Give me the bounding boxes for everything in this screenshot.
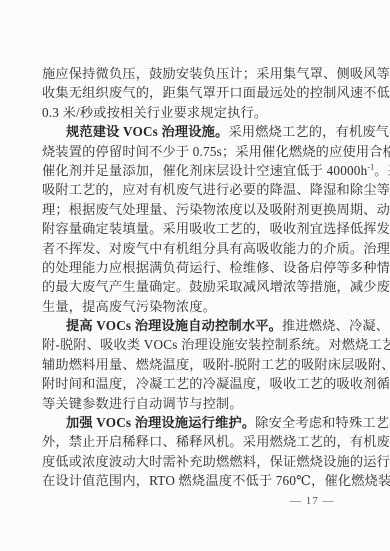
text-line: 吸附工艺的，应对有机废气进行必要的降温、降湿和除尘等预处 bbox=[42, 180, 337, 199]
text-segment: 理；根据废气处理量、污染物浓度以及吸附剂更换周期、动态吸 bbox=[42, 202, 390, 217]
text-line: 收集无组织废气的，距集气罩开口面最远处的控制风速不低于 bbox=[42, 83, 337, 102]
page-number: — 17 — bbox=[290, 495, 335, 507]
text-segment: 。采用 bbox=[374, 163, 390, 178]
text-segment: 附容量确定装填量。采用吸收工艺的，吸收剂宜选择低挥发性或 bbox=[42, 221, 390, 236]
text-segment: 除安全考虑和特殊工艺要求 bbox=[255, 415, 390, 430]
text-line: 附-脱附、吸收类 VOCs 治理设施安装控制系统。对燃烧工艺的 bbox=[42, 335, 337, 354]
text-line: 施应保持微负压，鼓励安装负压计；采用集气罩、侧吸风等方式 bbox=[42, 64, 337, 83]
text-segment: 推进燃烧、冷凝、吸 bbox=[282, 318, 390, 333]
text-segment: 附-脱附、吸收类 VOCs 治理设施安装控制系统。对燃烧工艺的 bbox=[42, 337, 390, 352]
text-segment: 收集无组织废气的，距集气罩开口面最远处的控制风速不低于 bbox=[42, 85, 390, 100]
text-line: 催化剂并足量添加，催化剂床层设计空速宜低于 40000h-1。采用 bbox=[42, 161, 337, 180]
text-segment: 在设计值范围内，RTO 燃烧温度不低于 760℃，催化燃烧装置燃 bbox=[42, 473, 390, 488]
text-segment: 外，禁止开启稀释口、稀释风机。采用燃烧工艺的，有机废气浓 bbox=[42, 434, 390, 449]
paragraph-heading: 提高 VOCs 治理设施自动控制水平。 bbox=[66, 318, 282, 333]
document-page: 施应保持微负压，鼓励安装负压计；采用集气罩、侧吸风等方式收集无组织废气的，距集气… bbox=[0, 0, 390, 551]
text-segment: 采用燃烧工艺的，有机废气在燃 bbox=[228, 124, 390, 139]
text-line: 的最大废气产生量确定。鼓励采取减风增浓等措施，减少废气产 bbox=[42, 277, 337, 296]
text-line: 度低或浓度波动大时需补充助燃燃料，保证燃烧设施的运行温度 bbox=[42, 452, 337, 471]
text-segment: 催化剂并足量添加，催化剂床层设计空速宜低于 40000h bbox=[42, 163, 367, 178]
text-line: 附时间和温度，冷凝工艺的冷凝温度，吸收工艺的吸收剂循环量 bbox=[42, 374, 337, 393]
text-line: 辅助燃料用量、燃烧温度，吸附-脱附工艺的吸附床层吸附、脱 bbox=[42, 355, 337, 374]
text-line: 等关键参数进行自动调节与控制。 bbox=[42, 394, 337, 413]
text-segment: 施应保持微负压，鼓励安装负压计；采用集气罩、侧吸风等方式 bbox=[42, 66, 390, 81]
text-line: 提高 VOCs 治理设施自动控制水平。推进燃烧、冷凝、吸 bbox=[42, 316, 337, 335]
text-segment: 者不挥发、对废气中有机组分具有高吸收能力的介质。治理设施 bbox=[42, 241, 390, 256]
text-segment: 0.3 米/秒或按相关行业要求规定执行。 bbox=[42, 105, 267, 120]
text-segment: 烧装置的停留时间不少于 0.75s；采用催化燃烧的应使用合格的 bbox=[42, 144, 390, 159]
page-body-text: 施应保持微负压，鼓励安装负压计；采用集气罩、侧吸风等方式收集无组织废气的，距集气… bbox=[42, 64, 337, 491]
text-line: 外，禁止开启稀释口、稀释风机。采用燃烧工艺的，有机废气浓 bbox=[42, 432, 337, 451]
text-segment: 等关键参数进行自动调节与控制。 bbox=[42, 396, 243, 411]
text-line: 生量，提高废气污染物浓度。 bbox=[42, 297, 337, 316]
text-segment: 的处理能力应根据满负荷运行、检维修、设备启停等多种情况下 bbox=[42, 260, 390, 275]
text-segment: 附时间和温度，冷凝工艺的冷凝温度，吸收工艺的吸收剂循环量 bbox=[42, 376, 390, 391]
text-line: 理；根据废气处理量、污染物浓度以及吸附剂更换周期、动态吸 bbox=[42, 200, 337, 219]
text-segment: 的最大废气产生量确定。鼓励采取减风增浓等措施，减少废气产 bbox=[42, 279, 390, 294]
text-line: 在设计值范围内，RTO 燃烧温度不低于 760℃，催化燃烧装置燃 bbox=[42, 471, 337, 490]
text-line: 的处理能力应根据满负荷运行、检维修、设备启停等多种情况下 bbox=[42, 258, 337, 277]
text-line: 附容量确定装填量。采用吸收工艺的，吸收剂宜选择低挥发性或 bbox=[42, 219, 337, 238]
text-line: 加强 VOCs 治理设施运行维护。除安全考虑和特殊工艺要求 bbox=[42, 413, 337, 432]
paragraph-heading: 加强 VOCs 治理设施运行维护。 bbox=[66, 415, 255, 430]
text-segment: 度低或浓度波动大时需补充助燃燃料，保证燃烧设施的运行温度 bbox=[42, 454, 390, 469]
text-segment: 辅助燃料用量、燃烧温度，吸附-脱附工艺的吸附床层吸附、脱 bbox=[42, 357, 390, 372]
paragraph-heading: 规范建设 VOCs 治理设施。 bbox=[66, 124, 228, 139]
text-line: 者不挥发、对废气中有机组分具有高吸收能力的介质。治理设施 bbox=[42, 239, 337, 258]
text-segment: 吸附工艺的，应对有机废气进行必要的降温、降湿和除尘等预处 bbox=[42, 182, 390, 197]
text-line: 0.3 米/秒或按相关行业要求规定执行。 bbox=[42, 103, 337, 122]
text-line: 规范建设 VOCs 治理设施。采用燃烧工艺的，有机废气在燃 bbox=[42, 122, 337, 141]
text-line: 烧装置的停留时间不少于 0.75s；采用催化燃烧的应使用合格的 bbox=[42, 142, 337, 161]
text-segment: 生量，提高废气污染物浓度。 bbox=[42, 299, 216, 314]
